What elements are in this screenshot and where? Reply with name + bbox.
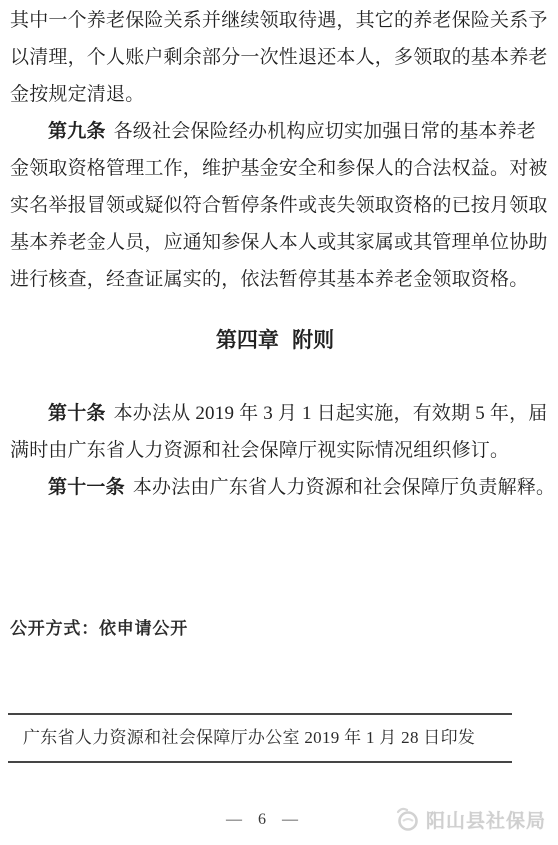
body-text-line: 实名举报冒领或疑似符合暂停条件或丧失领取资格的已按月领取: [10, 187, 540, 224]
article-10-label: 第十条: [48, 403, 106, 424]
article-9-label: 第九条: [48, 121, 106, 142]
body-text-line: 其中一个养老保险关系并继续领取待遇，其它的养老保险关系予: [10, 2, 540, 39]
body-text-line: 金领取资格管理工作，维护基金安全和参保人的合法权益。对被: [10, 150, 540, 187]
body-text-line: 满时由广东省人力资源和社会保障厅视实际情况组织修订。: [10, 432, 540, 469]
watermark-logo-icon: [394, 805, 421, 833]
issuer-and-date: 广东省人力资源和社会保障厅办公室 2019 年 1 月 28 日印发: [8, 715, 512, 761]
wechat-account-watermark: 阳山县社保局: [394, 805, 546, 833]
document-page: 其中一个养老保险关系并继续领取待遇，其它的养老保险关系予 以清理，个人账户剩余部…: [0, 0, 558, 845]
body-text-line: 基本养老金人员，应通知参保人本人或其家属或其管理单位协助: [10, 224, 540, 261]
document-body: 其中一个养老保险关系并继续领取待遇，其它的养老保险关系予 以清理，个人账户剩余部…: [0, 0, 558, 831]
chapter-heading: 第四章 附则: [10, 322, 540, 359]
body-text-line: 进行核查，经查证属实的，依法暂停其基本养老金领取资格。: [10, 261, 540, 298]
body-text-line: 以清理，个人账户剩余部分一次性退还本人，多领取的基本养老: [10, 39, 540, 76]
article-11-first-line: 第十一条本办法由广东省人力资源和社会保障厅负责解释。: [10, 469, 540, 506]
article-9-first-line: 第九条各级社会保险经办机构应切实加强日常的基本养老: [10, 113, 540, 150]
watermark-account-name: 阳山县社保局: [426, 806, 546, 833]
article-11-text: 本办法由广东省人力资源和社会保障厅负责解释。: [133, 477, 555, 498]
article-9-text: 各级社会保险经办机构应切实加强日常的基本养老: [114, 121, 536, 142]
article-10-first-line: 第十条本办法从 2019 年 3 月 1 日起实施，有效期 5 年，届: [10, 395, 540, 432]
publish-method: 公开方式：依申请公开: [10, 610, 540, 647]
issuer-footer-band: 广东省人力资源和社会保障厅办公室 2019 年 1 月 28 日印发: [8, 713, 512, 763]
article-11-label: 第十一条: [48, 477, 125, 498]
article-10-text: 本办法从 2019 年 3 月 1 日起实施，有效期 5 年，届: [114, 403, 548, 424]
body-text-line: 金按规定清退。: [10, 76, 540, 113]
